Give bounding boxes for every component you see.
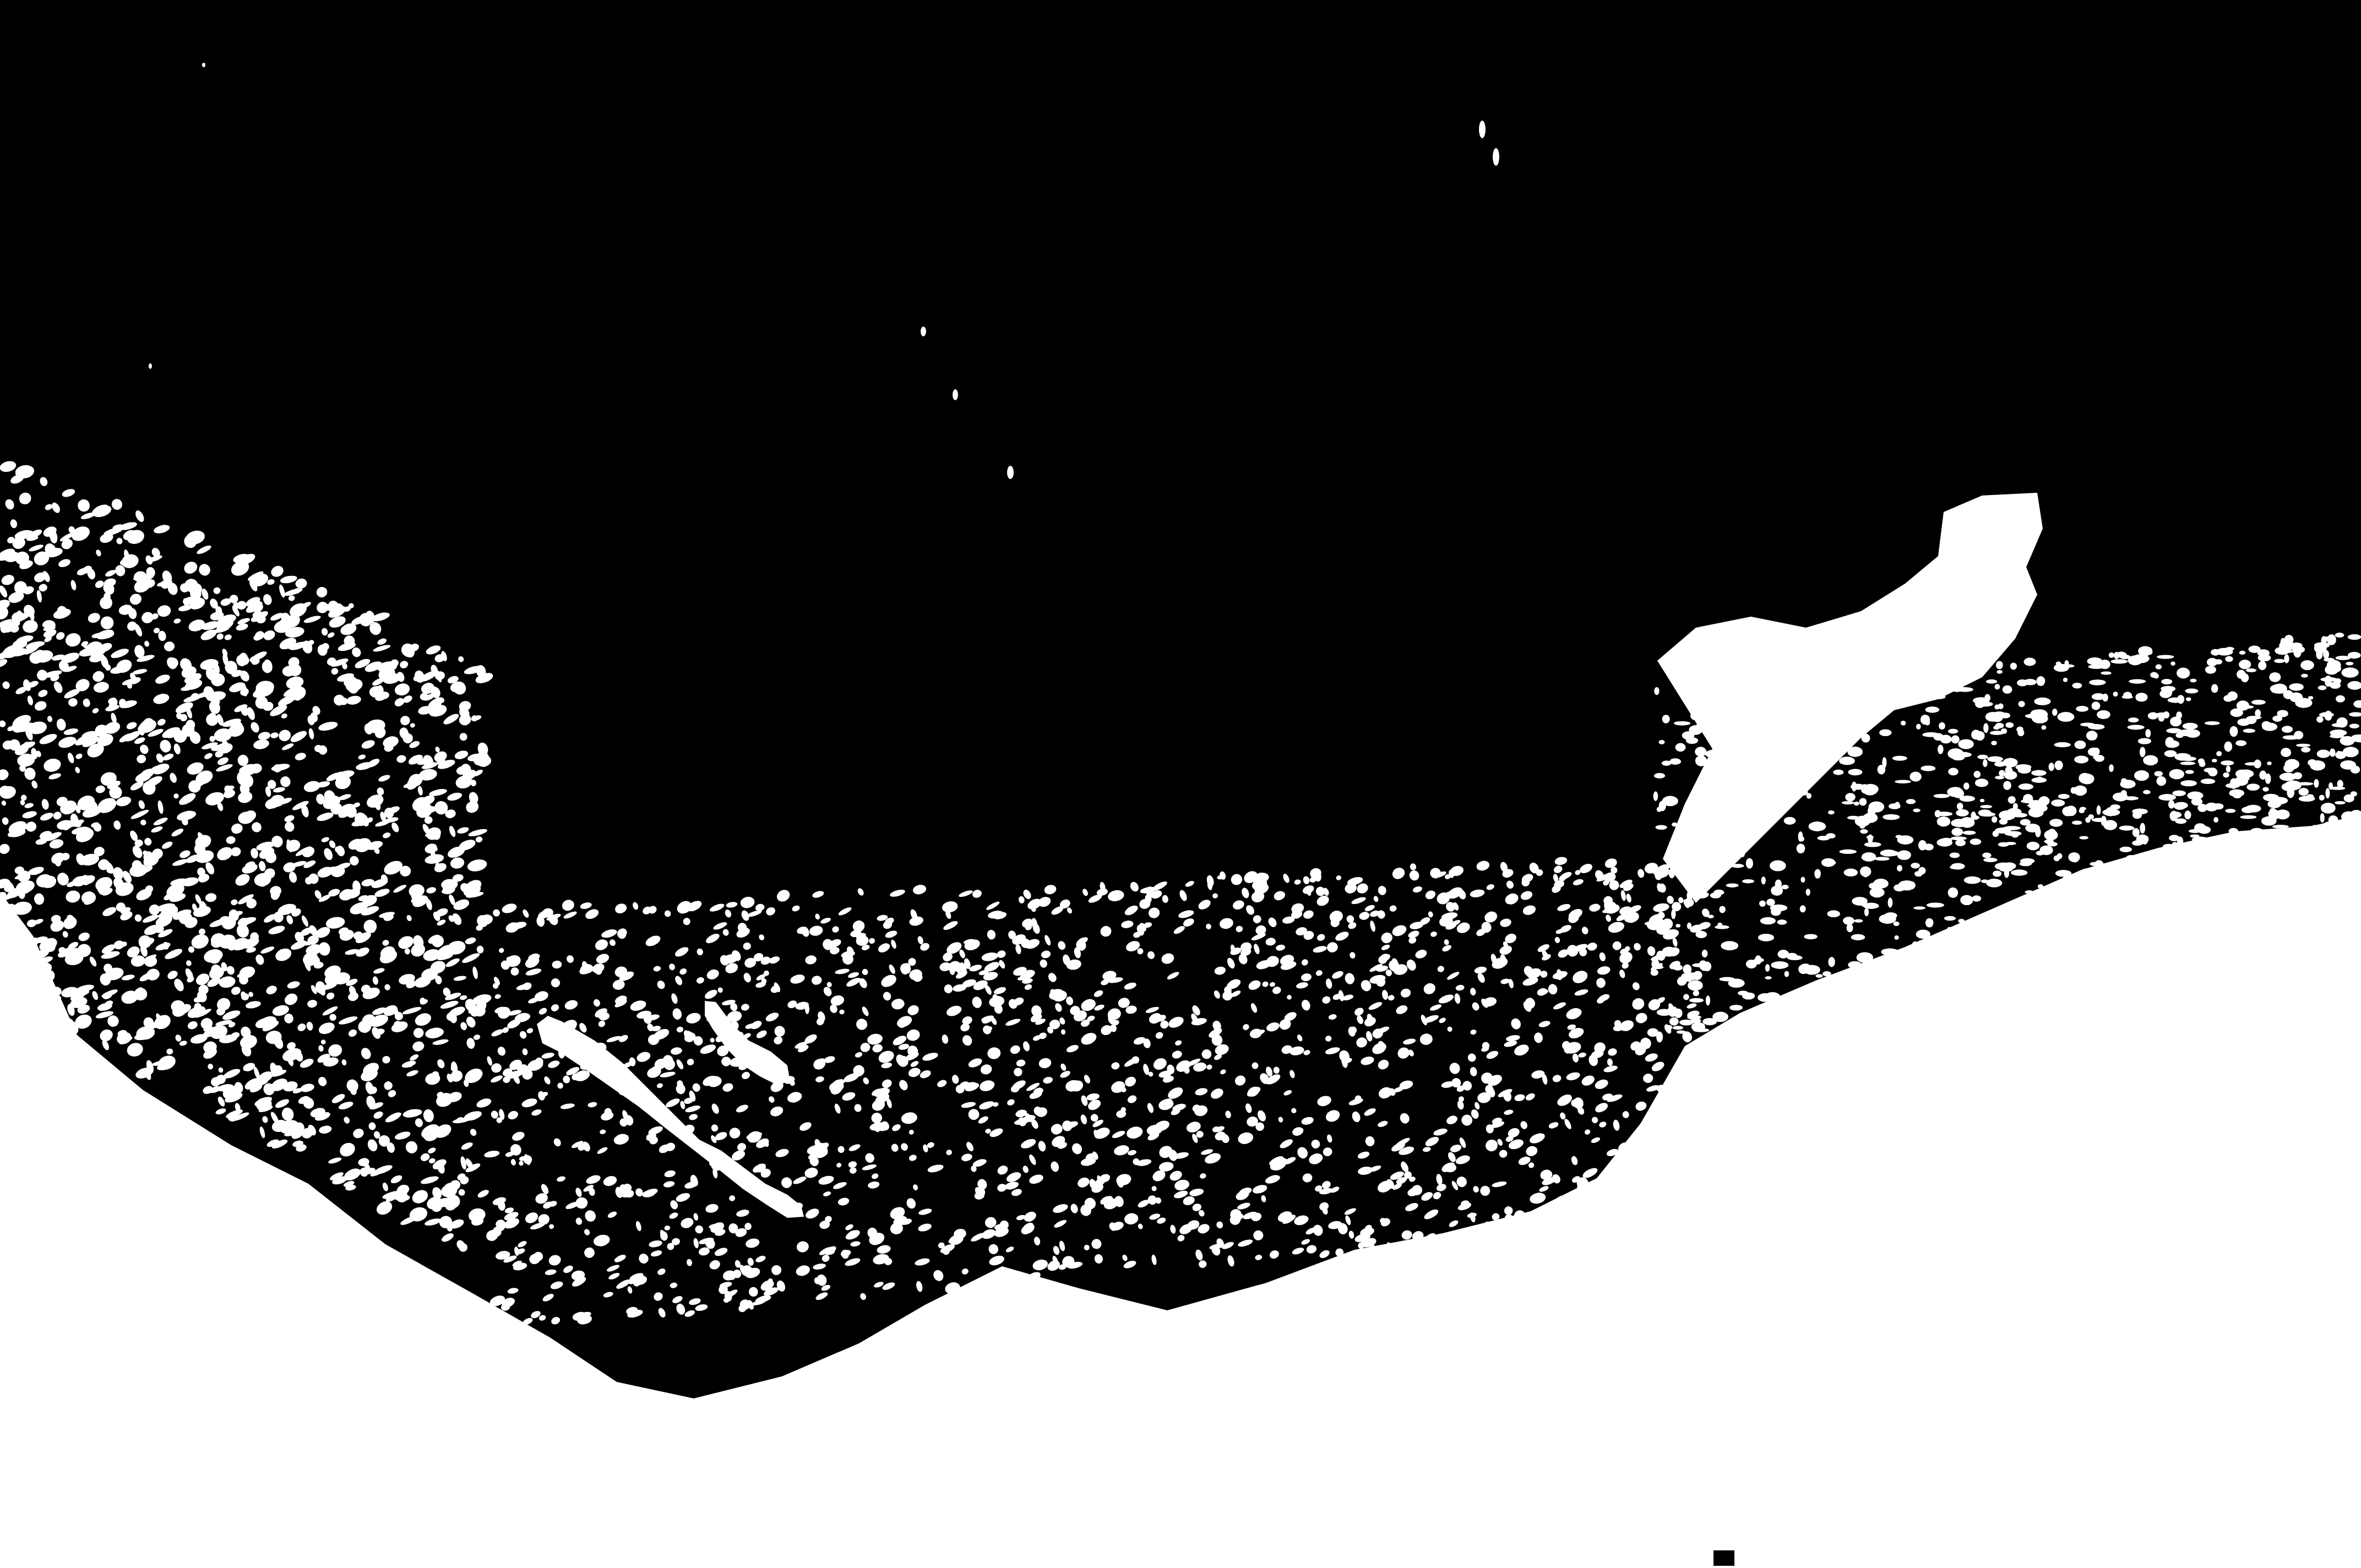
image-silhouette xyxy=(0,0,2361,1568)
binarized-image xyxy=(0,0,2361,1568)
bottom-dark-mark xyxy=(1713,1550,1734,1566)
